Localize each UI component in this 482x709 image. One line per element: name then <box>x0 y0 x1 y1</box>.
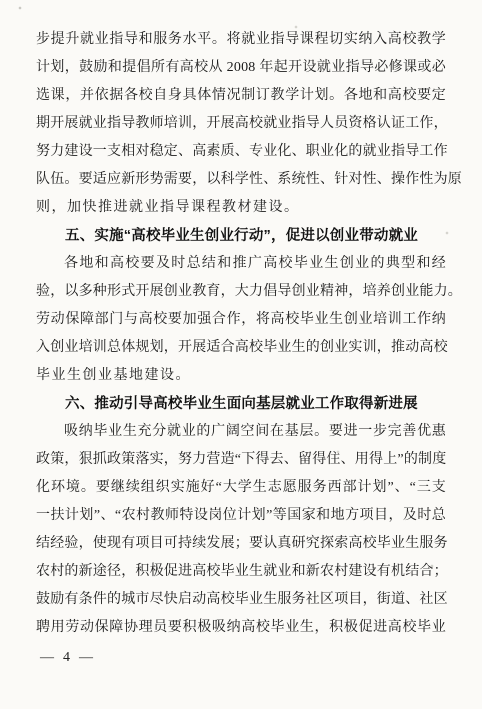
page-number: 4 <box>63 650 70 666</box>
footer-dash-right: — <box>79 650 93 666</box>
text-line: 聘用劳动保障协理员要积极吸纳高校毕业生，积极促进高校毕业 <box>36 614 446 642</box>
text-line: 化环境。要继续组织实施好“大学生志愿服务西部计划”、“三支 <box>36 474 446 502</box>
text-line: 劳动保障部门与高校要加强合作，将高校毕业生创业培训工作纳 <box>36 306 446 334</box>
text-line: 期开展就业指导教师培训，开展高校就业指导人员资格认证工作， <box>36 110 446 138</box>
text-line: 鼓励有条件的城市尽快启动高校毕业生服务社区项目，街道、社区 <box>36 586 446 614</box>
page-footer: — 4 — <box>40 650 93 666</box>
document-page: 步提升就业指导和服务水平。将就业指导课程切实纳入高校教学计划，鼓励和提倡所有高校… <box>0 0 482 709</box>
text-line: 则，加快推进就业指导课程教材建设。 <box>36 194 446 222</box>
section-heading: 六、推动引导高校毕业生面向基层就业工作取得新进展 <box>36 390 446 418</box>
text-line: 一扶计划”、“农村教师特设岗位计划”等国家和地方项目，及时总 <box>36 502 446 530</box>
text-line: 队伍。要适应新形势需要，以科学性、系统性、针对性、操作性为原 <box>36 166 446 194</box>
text-line: 政策，狠抓政策落实，努力营造“下得去、留得住、用得上”的制度 <box>36 446 446 474</box>
text-line: 步提升就业指导和服务水平。将就业指导课程切实纳入高校教学 <box>36 26 446 54</box>
text-line: 结经验，使现有项目可持续发展；要认真研究探索高校毕业生服务 <box>36 530 446 558</box>
section-heading: 五、实施“高校毕业生创业行动”，促进以创业带动就业 <box>36 222 446 250</box>
text-content: 步提升就业指导和服务水平。将就业指导课程切实纳入高校教学计划，鼓励和提倡所有高校… <box>36 26 446 642</box>
text-line: 吸纳毕业生充分就业的广阔空间在基层。要进一步完善优惠 <box>36 418 446 446</box>
text-line: 计划，鼓励和提倡所有高校从 2008 年起开设就业指导必修课或必 <box>36 54 446 82</box>
text-line: 毕业生创业基地建设。 <box>36 362 446 390</box>
text-line: 努力建设一支相对稳定、高素质、专业化、职业化的就业指导工作 <box>36 138 446 166</box>
text-line: 各地和高校要及时总结和推广高校毕业生创业的典型和经 <box>36 250 446 278</box>
text-line: 选课，并依据各校自身具体情况制订教学计划。各地和高校要定 <box>36 82 446 110</box>
text-line: 验，以多种形式开展创业教育，大力倡导创业精神，培养创业能力。 <box>36 278 446 306</box>
footer-dash-left: — <box>40 650 54 666</box>
text-line: 入创业培训总体规划，开展适合高校毕业生的创业实训，推动高校 <box>36 334 446 362</box>
text-line: 农村的新途径，积极促进高校毕业生就业和新农村建设有机结合； <box>36 558 446 586</box>
